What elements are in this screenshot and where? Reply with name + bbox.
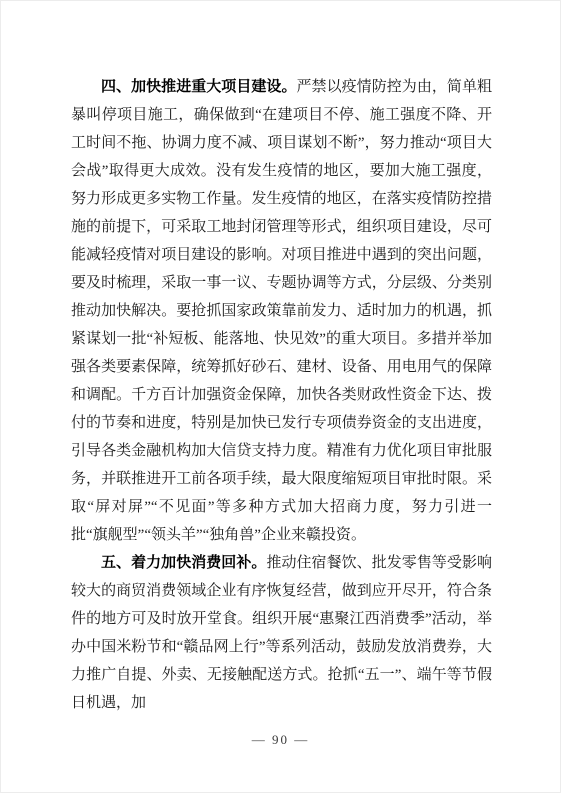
document-body: 四、加快推进重大项目建设。严禁以疫情防控为由，简单粗暴叫停项目施工，确保做到“在…: [71, 73, 492, 717]
document-page: 四、加快推进重大项目建设。严禁以疫情防控为由，简单粗暴叫停项目施工，确保做到“在…: [0, 0, 561, 793]
paragraph-section-5: 五、着力加快消费回补。推动住宿餐饮、批发零售等受影响较大的商贸消费领域企业有序恢…: [71, 549, 492, 717]
section-4-heading: 四、加快推进重大项目建设。: [101, 79, 297, 95]
section-5-heading: 五、着力加快消费回补。: [101, 555, 266, 571]
page-number: — 90 —: [1, 732, 560, 748]
section-5-body-text: 推动住宿餐饮、批发零售等受影响较大的商贸消费领域企业有序恢复经营，做到应开尽开，…: [71, 555, 492, 711]
section-4-body-text: 严禁以疫情防控为由，简单粗暴叫停项目施工，确保做到“在建项目不停、施工强度不降、…: [71, 79, 492, 543]
paragraph-section-4: 四、加快推进重大项目建设。严禁以疫情防控为由，简单粗暴叫停项目施工，确保做到“在…: [71, 73, 492, 549]
